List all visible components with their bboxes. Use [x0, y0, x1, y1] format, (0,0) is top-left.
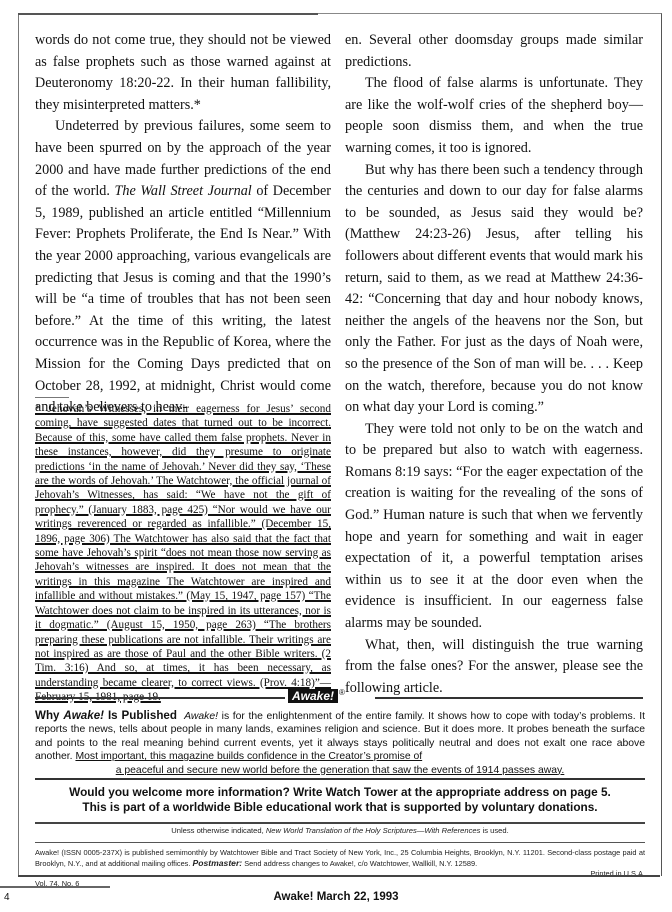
divider: [35, 697, 285, 699]
publication-title: The Wall Street Journal: [115, 183, 252, 199]
footnote: * Jehovah’s Witnesses, in their eagernes…: [35, 402, 331, 705]
paragraph: Undeterred by previous failures, some se…: [35, 116, 331, 418]
folio-rule: [0, 886, 110, 888]
paragraph: words do not come true, they should not …: [35, 30, 331, 116]
divider: [375, 697, 643, 699]
footnote-divider: [35, 397, 69, 398]
divider: [35, 822, 645, 824]
registered-mark: ®: [339, 688, 345, 697]
bible-translation-note: Unless otherwise indicated, New World Tr…: [35, 826, 645, 835]
article-right-column: en. Several other doomsday groups made s…: [345, 30, 643, 699]
paragraph: en. Several other doomsday groups made s…: [345, 30, 643, 73]
why-published-box: Why Awake! Is Published Awake! is for th…: [35, 709, 645, 777]
paragraph: But why has there been such a tendency t…: [345, 160, 643, 419]
why-published-heading: Why Awake! Is Published: [35, 709, 177, 722]
awake-logo: Awake! ®: [288, 688, 368, 704]
logo-wordmark: Awake!: [288, 689, 338, 703]
top-rule: [18, 13, 318, 15]
paragraph: What, then, will distinguish the true wa…: [345, 635, 643, 700]
more-information-notice: Would you welcome more information? Writ…: [35, 785, 645, 815]
divider: [35, 842, 645, 843]
publication-imprint: Awake! (ISSN 0005-237X) is published sem…: [35, 848, 645, 889]
divider: [35, 778, 645, 780]
bottom-rule: [18, 875, 660, 877]
paragraph: They were told not only to be on the wat…: [345, 419, 643, 635]
paragraph: The flood of false alarms is unfortunate…: [345, 73, 643, 159]
running-footer: Awake! March 22, 1993: [0, 891, 672, 903]
article-left-column: words do not come true, they should not …: [35, 30, 331, 419]
